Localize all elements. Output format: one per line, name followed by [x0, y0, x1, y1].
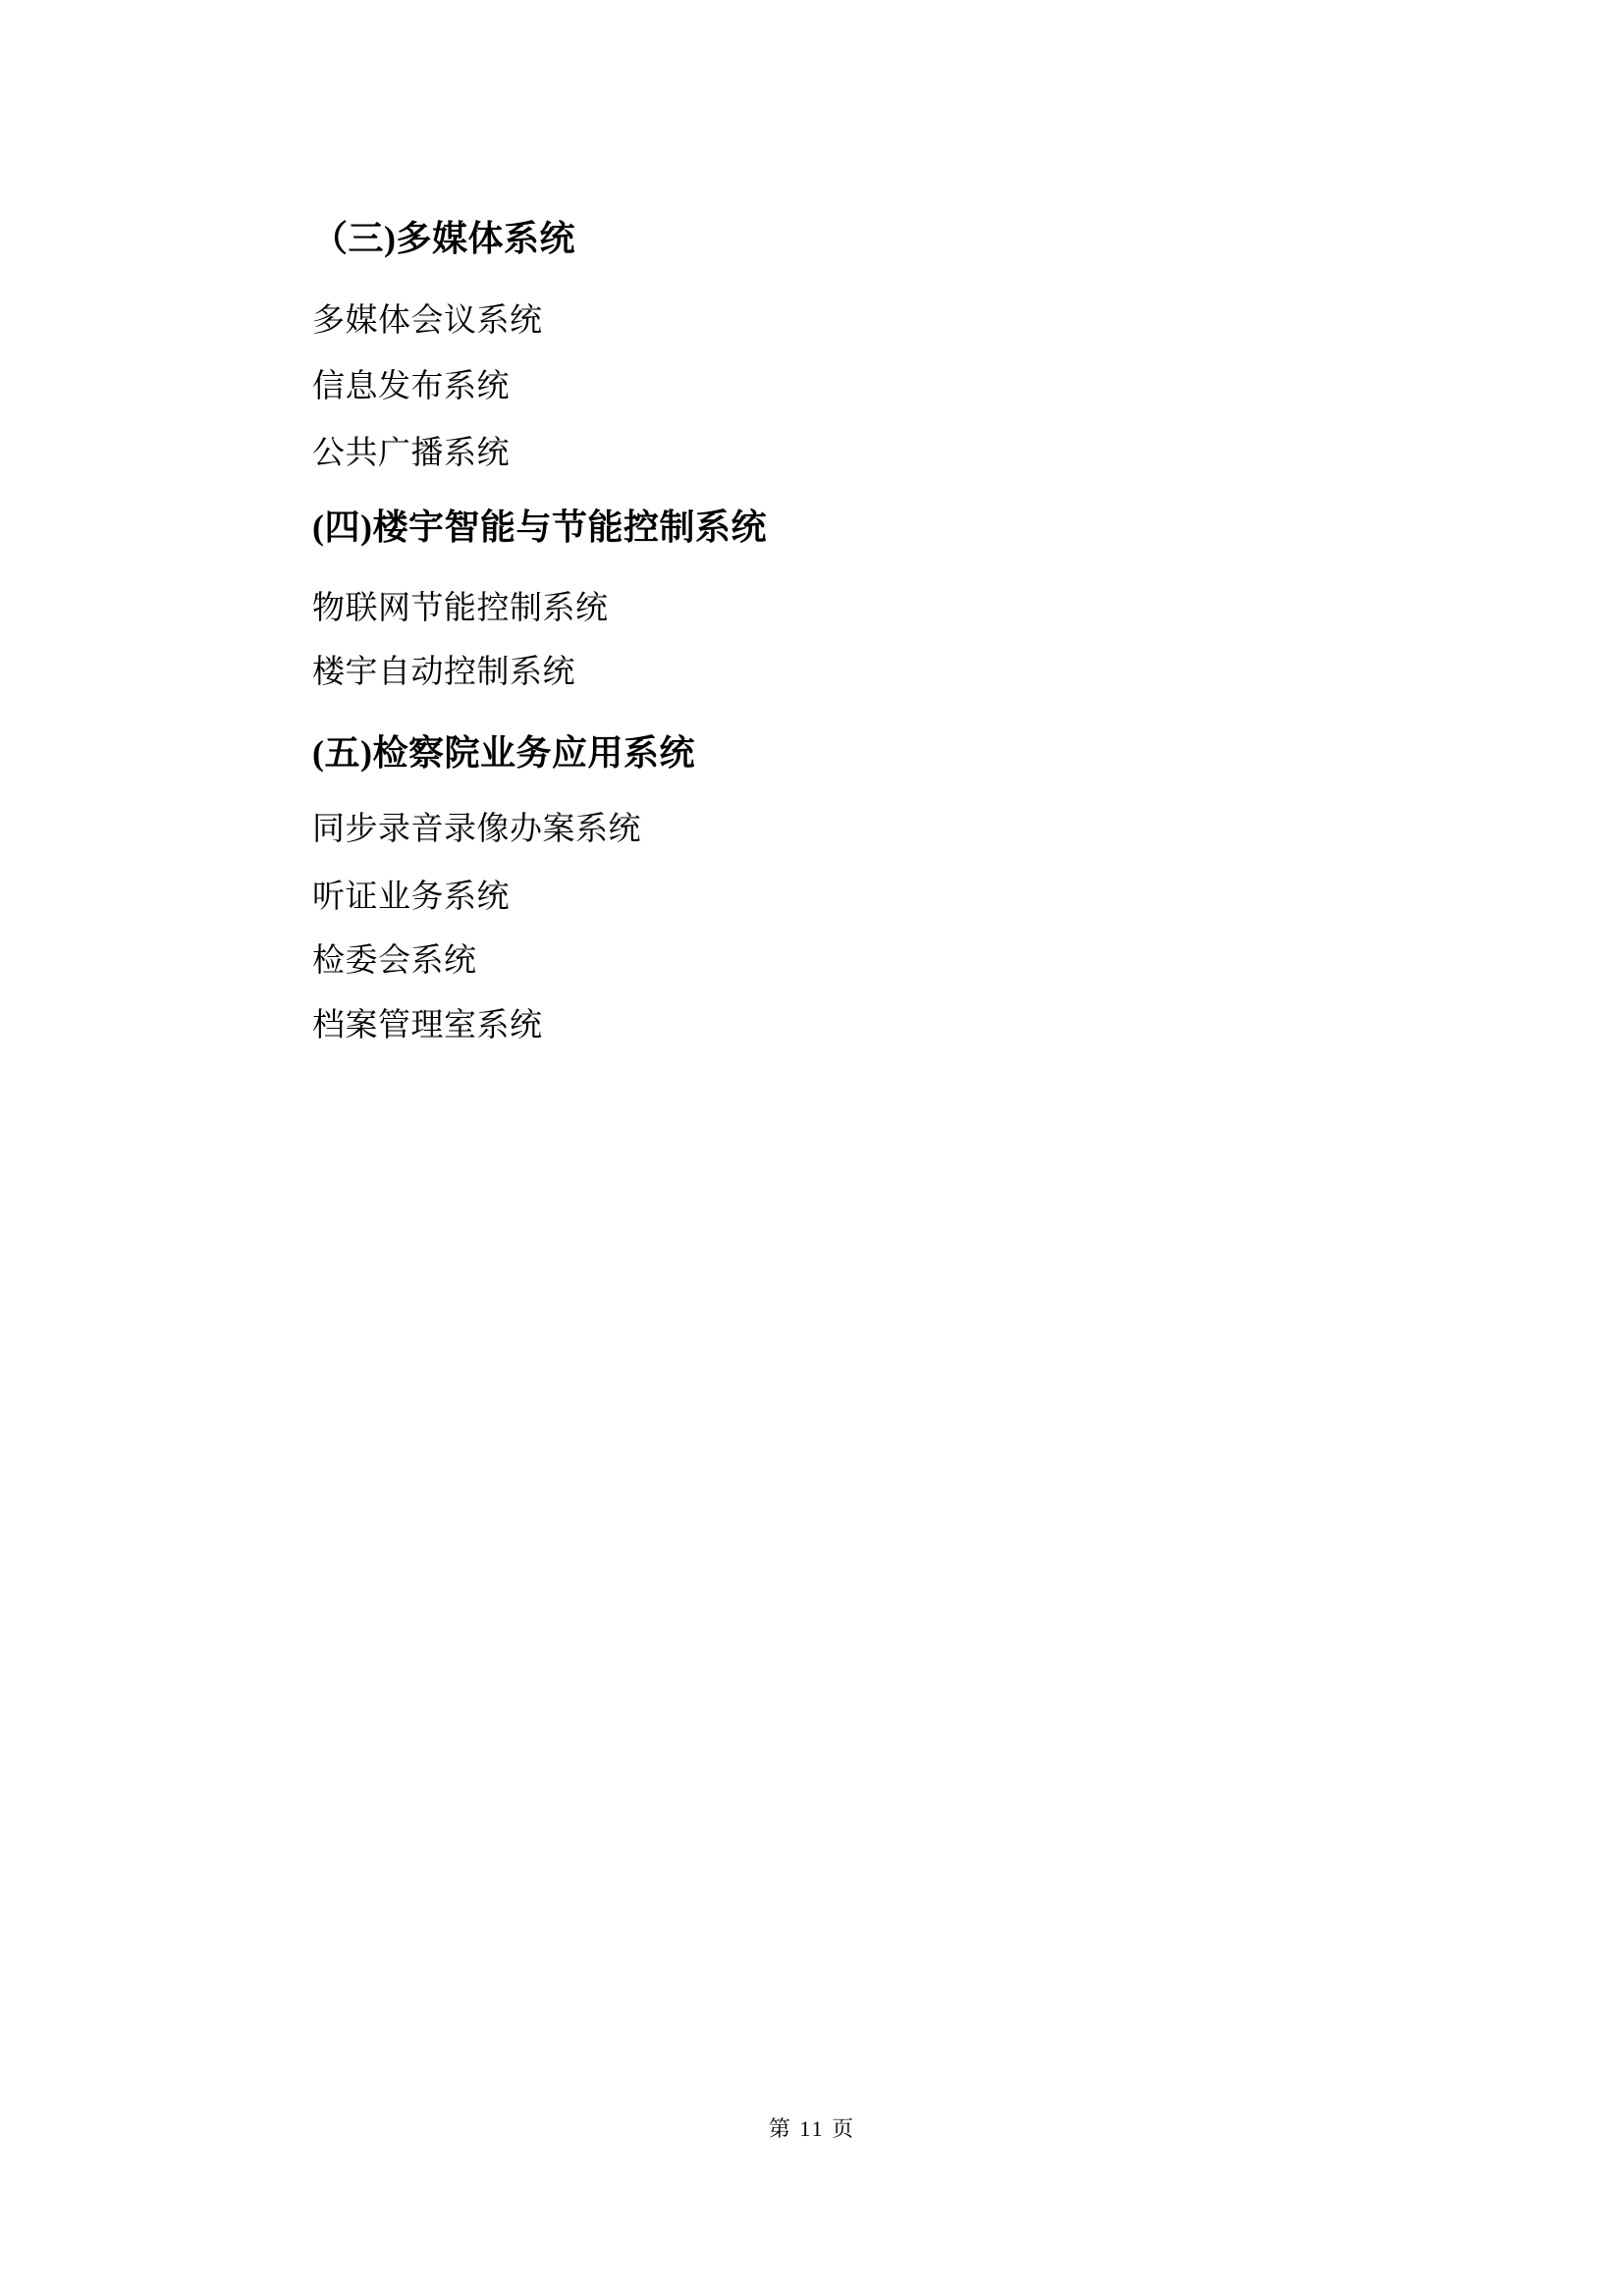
list-item: 档案管理室系统 [312, 1004, 543, 1047]
page-footer: 第 11 页 [0, 2112, 1624, 2143]
list-item: 同步录音录像办案系统 [312, 808, 641, 851]
section-heading-procuratorate-business: (五)检察院业务应用系统 [312, 731, 695, 774]
list-item: 多媒体会议系统 [312, 299, 543, 343]
list-item: 楼宇自动控制系统 [312, 651, 575, 694]
list-item: 公共广播系统 [312, 432, 510, 475]
section-heading-multimedia: （三)多媒体系统 [312, 217, 575, 260]
document-page: （三)多媒体系统 多媒体会议系统 信息发布系统 公共广播系统 (四)楼宇智能与节… [0, 0, 1624, 2296]
list-item: 检委会系统 [312, 939, 477, 983]
list-item: 物联网节能控制系统 [312, 587, 609, 630]
list-item: 信息发布系统 [312, 365, 510, 408]
section-heading-building-control: (四)楼宇智能与节能控制系统 [312, 506, 767, 549]
list-item: 听证业务系统 [312, 876, 510, 919]
